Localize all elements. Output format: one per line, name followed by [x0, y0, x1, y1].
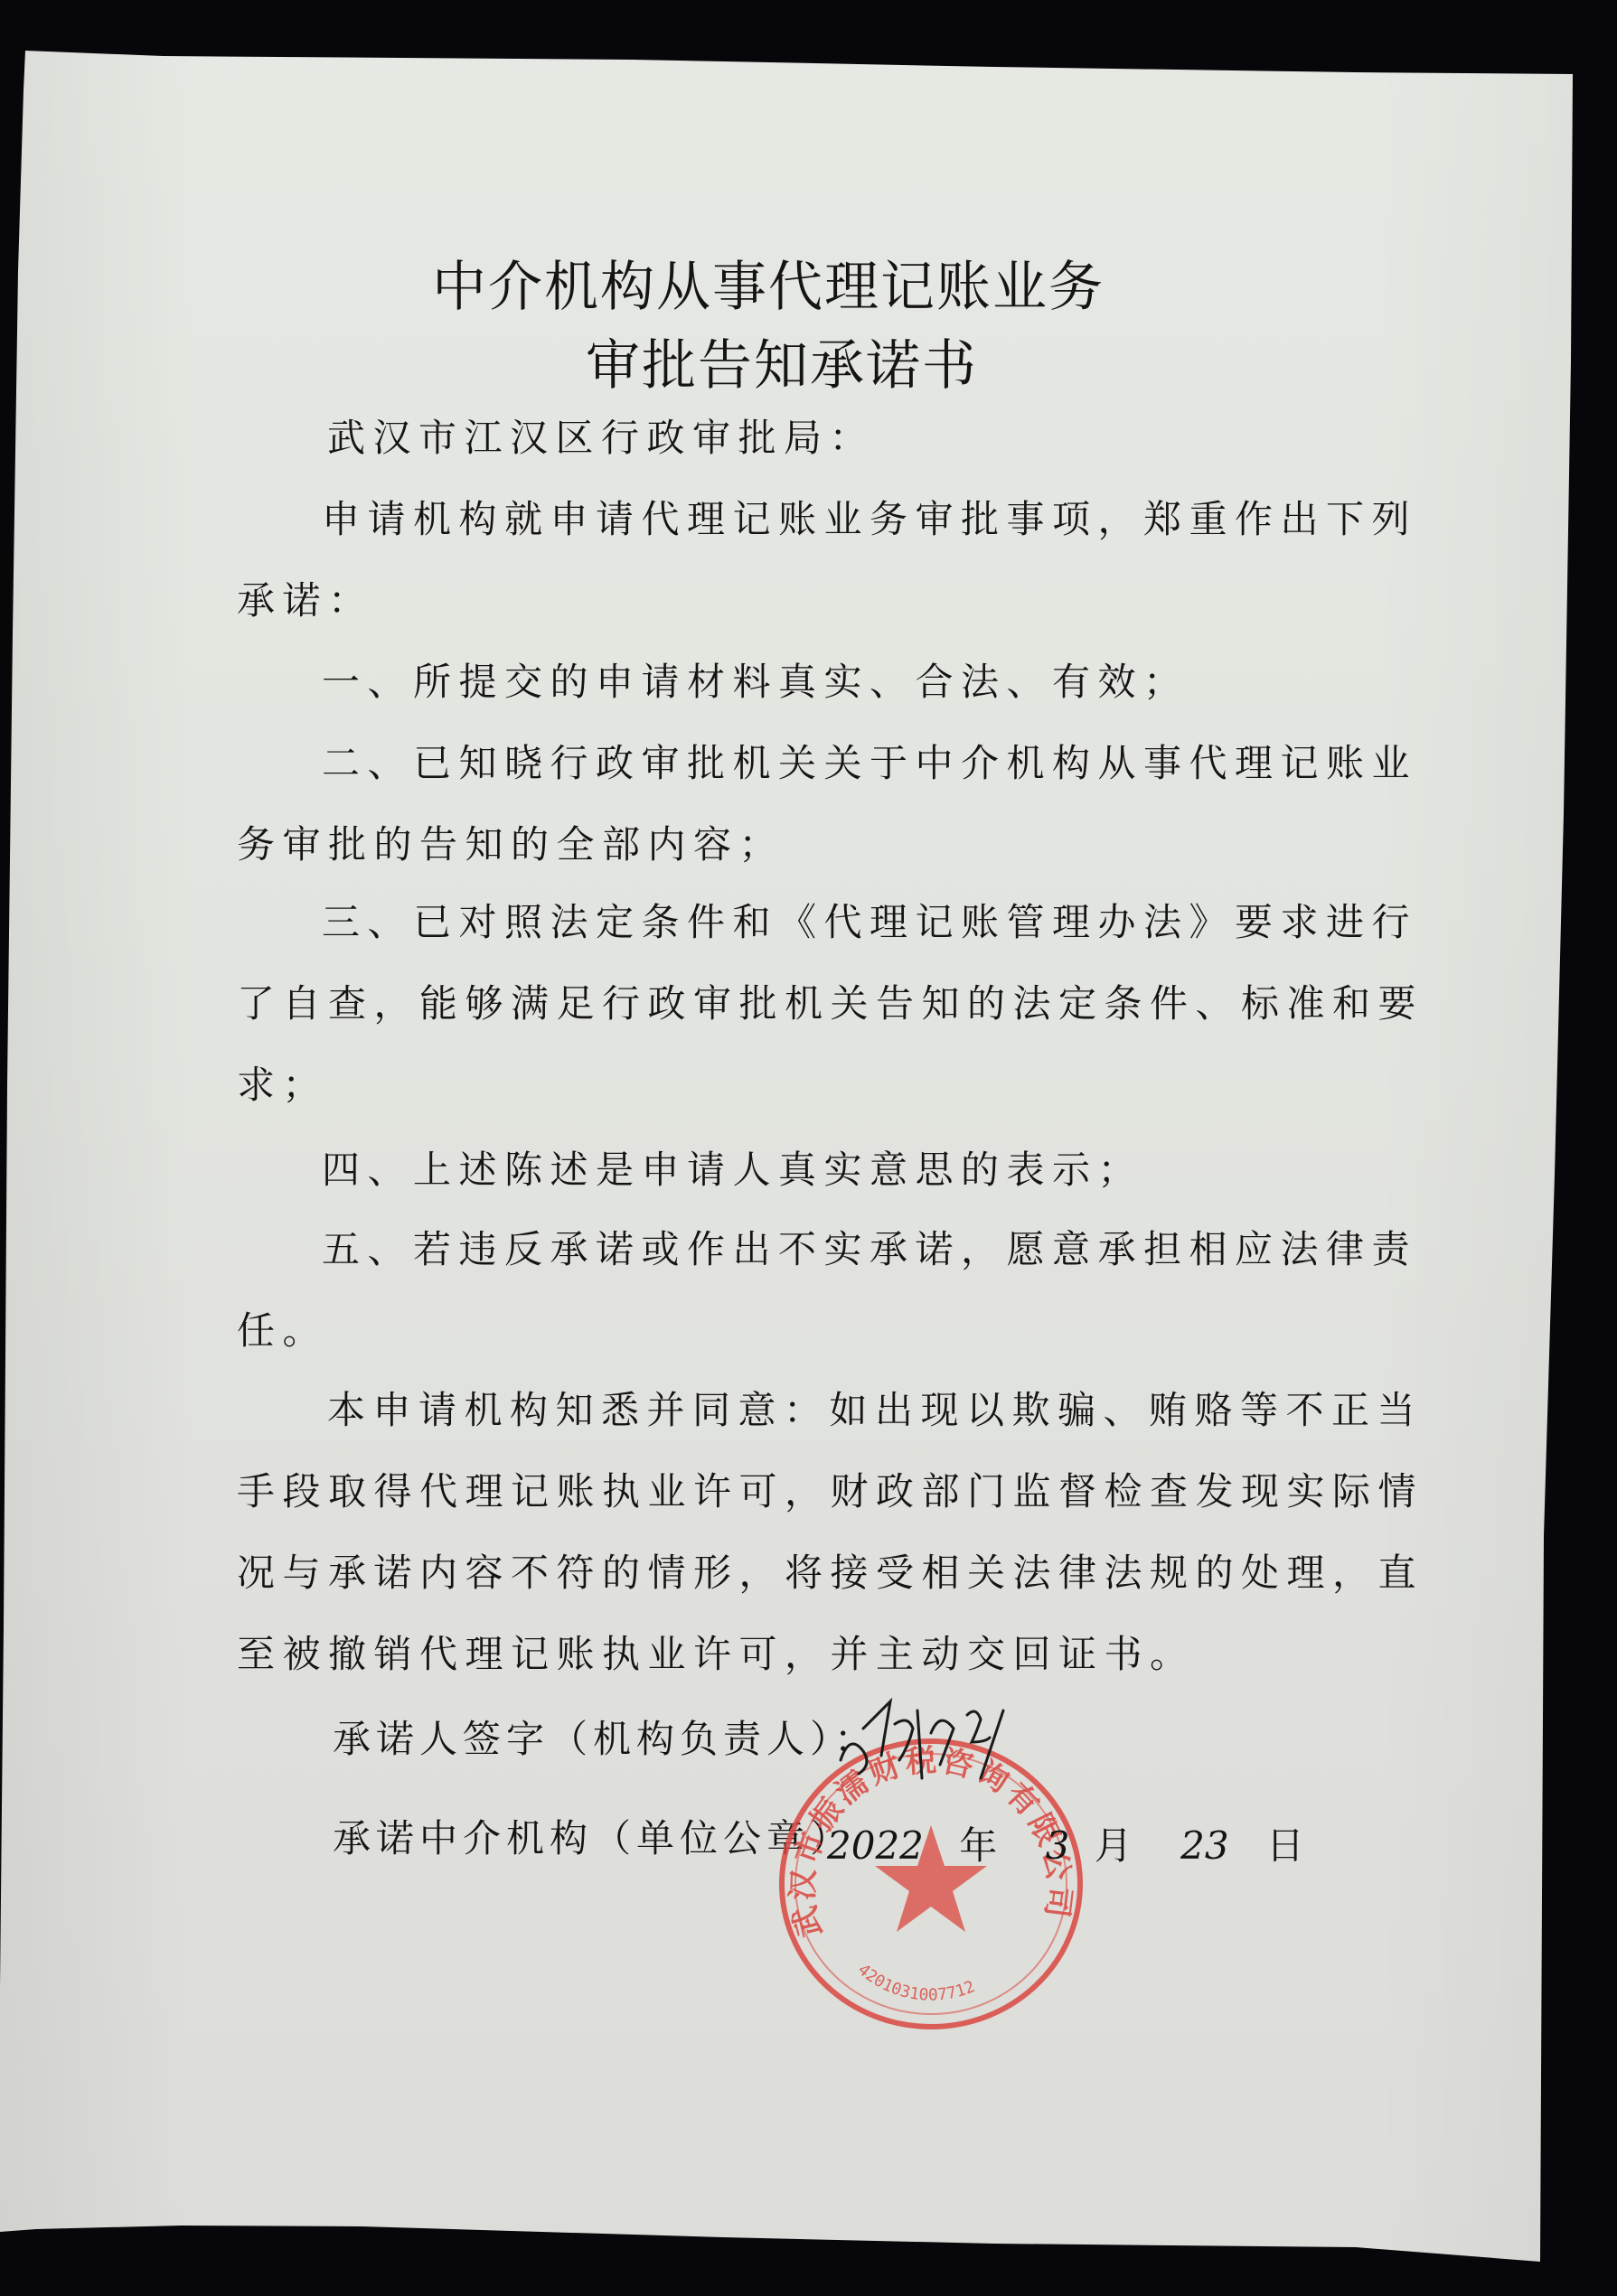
- document-title-line2: 审批告知承诺书: [586, 323, 978, 400]
- date-month-label: 月: [1095, 1823, 1133, 1868]
- acknowledgement-line-4: 至被撤销代理记账执业许可，并主动交回证书。: [237, 1625, 1196, 1679]
- date-year-label: 年: [959, 1823, 997, 1868]
- commitment-item-3-line-2: 了自查，能够满足行政审批机关告知的法定条件、标准和要: [237, 974, 1424, 1028]
- commitment-item-5-line-2: 任。: [237, 1301, 328, 1355]
- acknowledgement-line-2: 手段取得代理记账执业许可，财政部门监督检查发现实际情: [237, 1462, 1424, 1516]
- commitment-item-2-line-1: 二、已知晓行政审批机关关于中介机构从事代理记账业: [322, 734, 1417, 788]
- date-day: 23: [1180, 1823, 1228, 1868]
- commitment-item-5-line-1: 五、若违反承诺或作出不实承诺，愿意承担相应法律责: [322, 1220, 1417, 1274]
- acknowledgement-line-1: 本申请机构知悉并同意：如出现以欺骗、贿赂等不正当: [327, 1381, 1423, 1435]
- document-title-line1: 中介机构从事代理记账业务: [432, 244, 1105, 322]
- commitment-item-2-line-2: 务审批的告知的全部内容；: [237, 815, 785, 869]
- handwritten-signature: 徐小燕: [832, 1697, 1048, 1800]
- date-day-label: 日: [1266, 1823, 1304, 1868]
- commitment-item-3-line-3: 求；: [237, 1055, 328, 1110]
- commitment-item-4: 四、上述陈述是申请人真实意思的表示；: [322, 1140, 1143, 1195]
- date-month: 3: [1046, 1823, 1070, 1868]
- commitment-item-3-line-1: 三、已对照法定条件和《代理记账管理办法》要求进行: [322, 893, 1417, 947]
- commitment-item-1: 一、所提交的申请材料真实、合法、有效；: [322, 652, 1189, 707]
- seal-number: 4201031007712: [854, 1960, 978, 2004]
- intro-line-2: 承诺：: [237, 571, 374, 625]
- acknowledgement-line-3: 况与承诺内容不符的情形，将接受相关法律法规的处理，直: [237, 1543, 1424, 1598]
- date-row: 2022 年 3 月 23 日: [827, 1816, 1304, 1870]
- date-year: 2022: [827, 1823, 924, 1868]
- addressee: 武汉市江汉区行政审批局：: [327, 408, 875, 463]
- svg-text:4201031007712: 4201031007712: [854, 1960, 978, 2004]
- intro-line-1: 申请机构就申请代理记账业务审批事项，郑重作出下列: [322, 490, 1417, 544]
